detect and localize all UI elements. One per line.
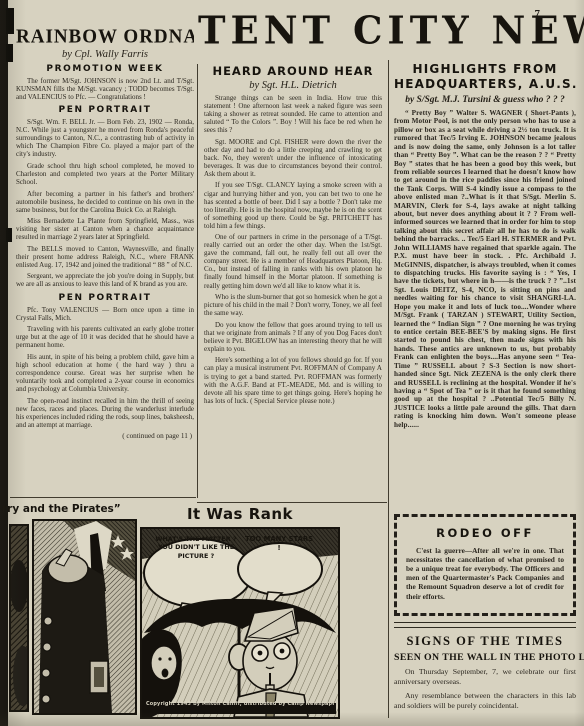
paragraph: Sgt. MOORE and Cpl. FISHER were down the…: [204, 138, 382, 178]
rodeo-body: C'est la guerre—After all we're in one. …: [406, 546, 564, 601]
comic-panel-sliver: [9, 524, 29, 712]
column-divider: [388, 60, 389, 718]
comic-art-figure: [34, 521, 135, 713]
paragraph: Who is the slum-burner that got so homes…: [204, 293, 382, 317]
paragraph: Traveling with his parents cultivated an…: [16, 325, 194, 349]
paragraph: Do you know the fellow that goes around …: [204, 321, 382, 353]
comic-title: rry and the Pirates”: [2, 503, 121, 515]
binding-mark: [6, 8, 14, 34]
article-title-line1: HIGHLIGHTS FROM: [394, 62, 576, 77]
paragraph: On Thursday September, 7, we celebrate o…: [394, 667, 576, 687]
newspaper-page: 7 TENT CITY NEWS RAINBOW ORDNANCE by Cpl…: [0, 0, 584, 726]
paragraph: After becoming a partner in his father's…: [16, 190, 194, 214]
section-heading: PEN PORTRAIT: [16, 293, 194, 303]
paragraph: Here's something a lot of you fellows sh…: [204, 356, 382, 404]
speech-bubble-left-text: WHAT'S THE MATTER ? YOU DIDN'T LIKE THE …: [150, 535, 242, 560]
paragraph: Pfc. Tony VALENCIUS — Born once upon a t…: [16, 306, 194, 322]
signs-subheading: SEEN ON THE WALL IN THE PHOTO LAB: [394, 652, 576, 663]
paragraph: The open-road instinct recalled in him t…: [16, 397, 194, 429]
column-rainbow-ordnance: RAINBOW ORDNANCE by Cpl. Wally Farris PR…: [16, 26, 194, 498]
rodeo-off-box: RODEO OFF C'est la guerre—After all we'r…: [394, 514, 576, 616]
binding-mark: [6, 228, 12, 242]
paragraph: “ Pretty Boy ” Walter S. WAGNER ( Short-…: [394, 109, 576, 429]
comic-panel-main: [32, 519, 137, 715]
section-heading: PROMOTION WEEK: [16, 64, 194, 74]
paragraph: The BELLS moved to Canton, Waynesville, …: [16, 245, 194, 269]
paragraph: If you see T/Sgt. CLANCY laying a smoke …: [204, 181, 382, 229]
paragraph: The former M/Sgt. JOHNSON is now 2nd Lt.…: [16, 77, 194, 101]
paragraph: One of our partners in crime in the pers…: [204, 233, 382, 289]
paragraph: S/Sgt. Wm. F. BELL Jr. — Born Feb. 23, 1…: [16, 118, 194, 158]
double-rule: [394, 622, 576, 628]
article-title-line2: HEADQUARTERS, A.U.S.A.: [394, 77, 576, 92]
column-highlights: HIGHLIGHTS FROM HEADQUARTERS, A.U.S.A. b…: [394, 62, 576, 514]
paragraph: Miss Bernadette La Plante from Springfie…: [16, 217, 194, 241]
column-divider: [197, 64, 198, 498]
article-byline: by S/Sgt. M.J. Tursini & guess who ? ? ?: [394, 95, 576, 105]
comic-title: It Was Rank: [140, 505, 340, 523]
section-rule: [197, 502, 387, 503]
comic-credit: Copyright 1943 by Milton Caniff, distrib…: [146, 701, 334, 707]
signs-of-the-times: SIGNS OF THE TIMES SEEN ON THE WALL IN T…: [394, 634, 576, 716]
binding-mark: [6, 44, 13, 62]
comic-it-was-rank: It Was Rank: [140, 505, 340, 726]
paragraph: Grade school thru high school completed,…: [16, 162, 194, 186]
masthead-title: TENT CITY NEWS: [198, 7, 578, 53]
paragraph: Strange things can be seen in India. How…: [204, 94, 382, 134]
continued-note: ( continued on page 11 ): [16, 432, 192, 440]
speech-bubble-right-text: TOO MANY STARS !: [244, 535, 314, 553]
paragraph: His aunt, in spite of his being a proble…: [16, 353, 194, 393]
column-heard-around-hear: HEARD AROUND HEAR by Sgt. H.L. Dietrich …: [204, 64, 382, 500]
article-title: RAINBOW ORDNANCE: [16, 26, 194, 49]
paragraph: Sergeant, we appreciate the job you're d…: [16, 272, 194, 288]
rodeo-heading: RODEO OFF: [406, 526, 564, 540]
paragraph: Any resemblance between the characters i…: [394, 691, 576, 711]
article-title: HEARD AROUND HEAR: [204, 64, 382, 78]
comic-art: [11, 526, 29, 712]
section-heading: PEN PORTRAIT: [16, 105, 194, 115]
article-byline: by Cpl. Wally Farris: [16, 49, 194, 60]
signs-heading: SIGNS OF THE TIMES: [394, 634, 576, 649]
article-byline: by Sgt. H.L. Dietrich: [204, 80, 382, 91]
